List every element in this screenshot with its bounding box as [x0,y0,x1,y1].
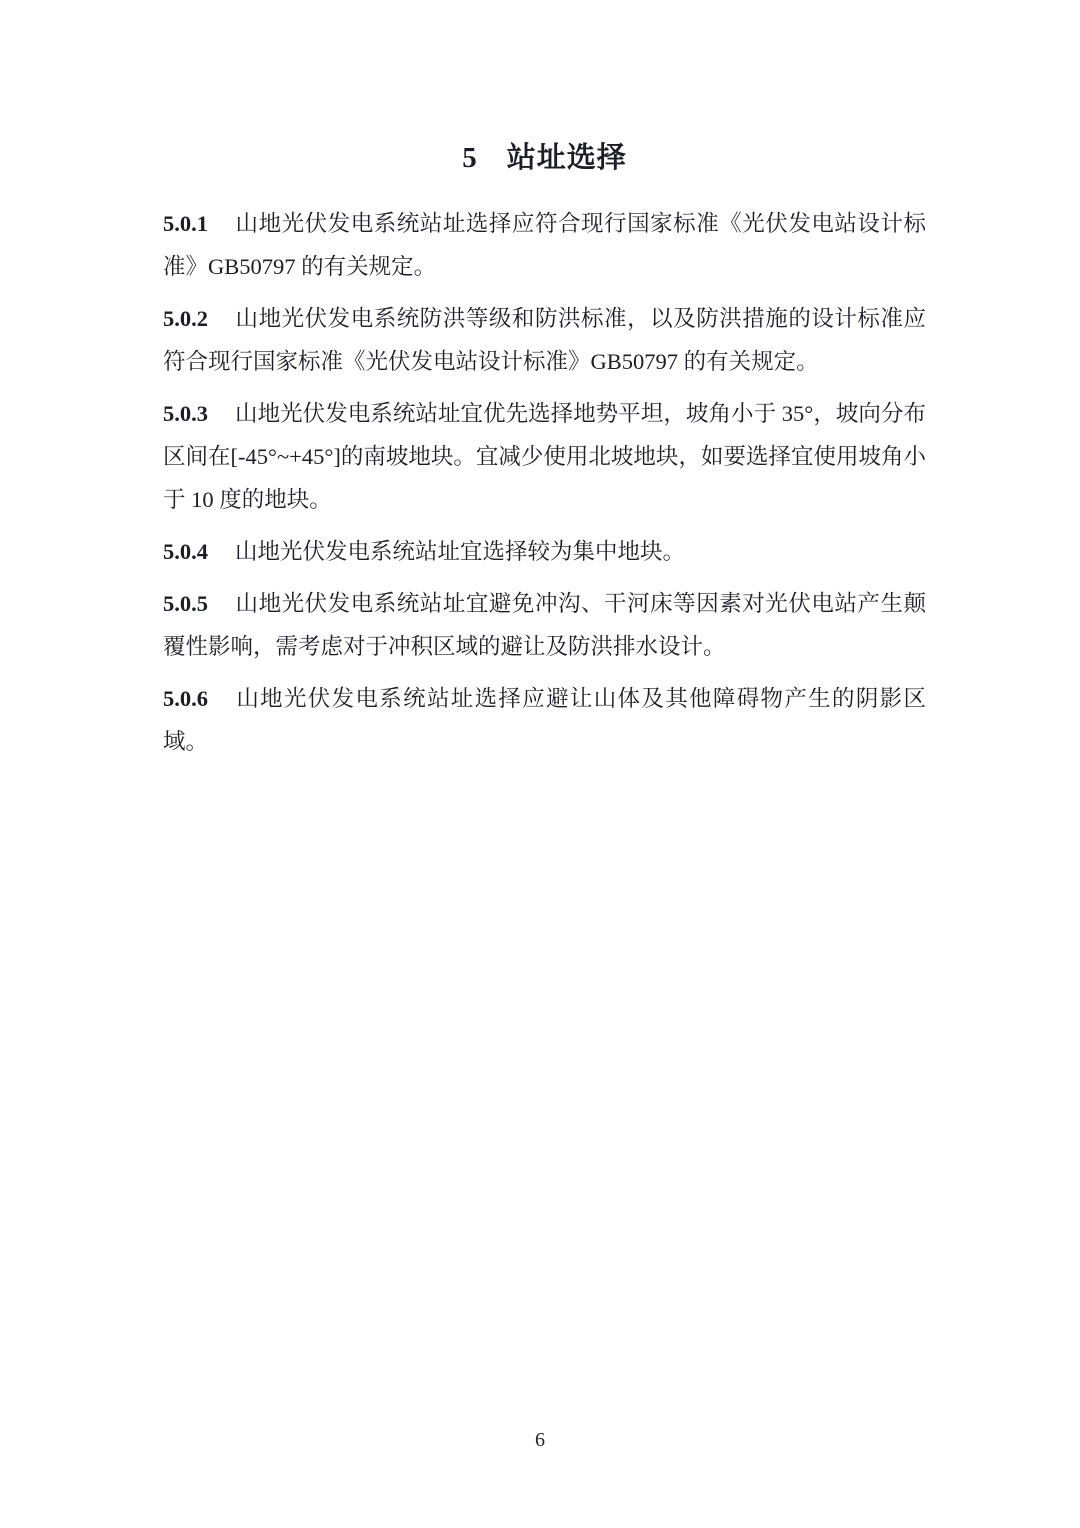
clause-5-0-3: 5.0.3山地光伏发电系统站址宜优先选择地势平坦，坡角小于 35°，坡向分布区间… [163,392,926,521]
clause-number: 5.0.4 [163,539,235,564]
document-page: 5站址选择 5.0.1山地光伏发电系统站址选择应符合现行国家标准《光伏发电站设计… [0,0,1080,1528]
clause-5-0-5: 5.0.5山地光伏发电系统站址宜避免冲沟、干河床等因素对光伏电站产生颠覆性影响，… [163,582,926,668]
clause-number: 5.0.3 [163,401,235,426]
clause-text: 山地光伏发电系统站址宜优先选择地势平坦，坡角小于 35°，坡向分布区间在[-45… [163,401,926,512]
chapter-number: 5 [462,142,477,174]
clause-5-0-6: 5.0.6山地光伏发电系统站址选择应避让山体及其他障碍物产生的阴影区域。 [163,677,926,763]
chapter-heading: 5站址选择 [163,136,926,180]
clause-number: 5.0.5 [163,591,235,616]
clause-5-0-2: 5.0.2山地光伏发电系统防洪等级和防洪标准，以及防洪措施的设计标准应符合现行国… [163,297,926,383]
clause-text: 山地光伏发电系统站址宜选择较为集中地块。 [235,539,685,564]
clause-number: 5.0.6 [163,686,235,711]
clause-number: 5.0.1 [163,211,235,236]
page-content: 5站址选择 5.0.1山地光伏发电系统站址选择应符合现行国家标准《光伏发电站设计… [163,136,926,763]
chapter-title: 站址选择 [507,142,627,174]
clause-5-0-1: 5.0.1山地光伏发电系统站址选择应符合现行国家标准《光伏发电站设计标准》GB5… [163,202,926,288]
clause-text: 山地光伏发电系统站址选择应符合现行国家标准《光伏发电站设计标准》GB50797 … [163,211,926,279]
page-footer: 6 [0,1429,1080,1452]
clause-text: 山地光伏发电系统站址选择应避让山体及其他障碍物产生的阴影区域。 [163,686,926,754]
clause-5-0-4: 5.0.4山地光伏发电系统站址宜选择较为集中地块。 [163,530,926,573]
page-number: 6 [535,1429,545,1451]
clause-text: 山地光伏发电系统站址宜避免冲沟、干河床等因素对光伏电站产生颠覆性影响，需考虑对于… [163,591,926,659]
clause-text: 山地光伏发电系统防洪等级和防洪标准，以及防洪措施的设计标准应符合现行国家标准《光… [163,306,926,374]
clause-number: 5.0.2 [163,306,235,331]
